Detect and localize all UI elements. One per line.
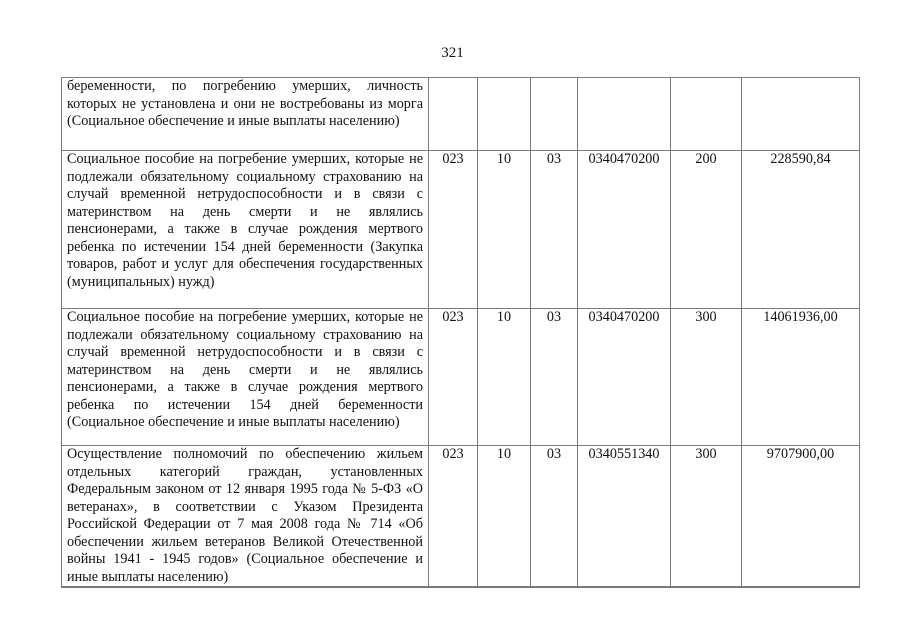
section-code: 10 bbox=[478, 446, 531, 588]
target-article-code: 0340551340 bbox=[578, 446, 671, 588]
ministry-code: 023 bbox=[429, 309, 478, 446]
expense-type-code: 300 bbox=[671, 309, 742, 446]
expense-type-code bbox=[671, 78, 742, 151]
subsection-code: 03 bbox=[531, 446, 578, 588]
ministry-code: 023 bbox=[429, 151, 478, 309]
row-description: Осуществление полномочий по обеспечению … bbox=[62, 446, 429, 588]
table-row: Социальное пособие на погребение умерших… bbox=[62, 151, 860, 309]
amount: 14061936,00 bbox=[742, 309, 860, 446]
expense-type-code: 300 bbox=[671, 446, 742, 588]
table-row: Осуществление полномочий по обеспечению … bbox=[62, 446, 860, 588]
target-article-code bbox=[578, 78, 671, 151]
section-code: 10 bbox=[478, 151, 531, 309]
amount bbox=[742, 78, 860, 151]
section-code bbox=[478, 78, 531, 151]
budget-table: беременности, по погребению умерших, лич… bbox=[61, 77, 860, 588]
subsection-code: 03 bbox=[531, 151, 578, 309]
row-description: Социальное пособие на погребение умерших… bbox=[62, 309, 429, 446]
amount: 228590,84 bbox=[742, 151, 860, 309]
page-number: 321 bbox=[0, 45, 905, 62]
ministry-code: 023 bbox=[429, 446, 478, 588]
section-code: 10 bbox=[478, 309, 531, 446]
expense-type-code: 200 bbox=[671, 151, 742, 309]
amount: 9707900,00 bbox=[742, 446, 860, 588]
row-description: Социальное пособие на погребение умерших… bbox=[62, 151, 429, 309]
target-article-code: 0340470200 bbox=[578, 151, 671, 309]
subsection-code: 03 bbox=[531, 309, 578, 446]
subsection-code bbox=[531, 78, 578, 151]
table-row: Социальное пособие на погребение умерших… bbox=[62, 309, 860, 446]
ministry-code bbox=[429, 78, 478, 151]
target-article-code: 0340470200 bbox=[578, 309, 671, 446]
row-description: беременности, по погребению умерших, лич… bbox=[62, 78, 429, 151]
table-row: беременности, по погребению умерших, лич… bbox=[62, 78, 860, 151]
